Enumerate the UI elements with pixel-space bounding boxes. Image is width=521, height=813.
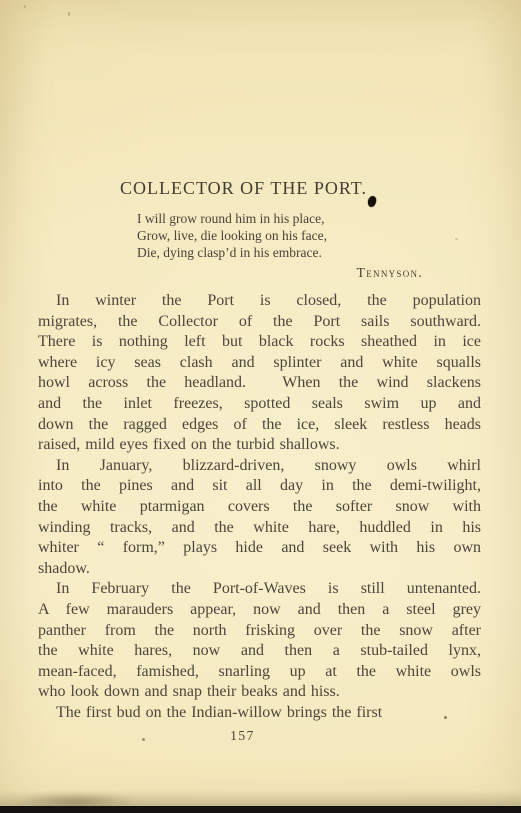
epigraph-line: Die, dying clasp’d in his embrace. bbox=[137, 244, 423, 261]
text-line: raised, mild eyes fixed on the turbid sh… bbox=[38, 435, 481, 456]
chapter-title: COLLECTOR OF THE PORT. bbox=[22, 178, 465, 199]
text-line: In winter the Port is closed, the popula… bbox=[38, 291, 481, 312]
text-line: A few marauders appear, now and then a s… bbox=[38, 600, 481, 621]
paper-speck bbox=[142, 738, 145, 741]
ink-blot bbox=[367, 195, 377, 208]
text-line: mean-faced, famished, snarling up at the… bbox=[38, 662, 481, 683]
text-line: winding tracks, and the white hare, hudd… bbox=[38, 518, 481, 539]
paper-speck bbox=[444, 716, 447, 719]
text-line: panther from the north frisking over the… bbox=[38, 621, 481, 642]
paragraph: The first bud on the Indian-willow bring… bbox=[38, 703, 481, 724]
paper-speck bbox=[455, 238, 458, 240]
text-line: and the inlet freezes, spotted seals swi… bbox=[38, 394, 481, 415]
scan-shade bbox=[0, 790, 521, 806]
text-line: howl across the headland. When the wind … bbox=[38, 373, 481, 394]
paper-speck bbox=[24, 5, 26, 8]
paper-speck bbox=[68, 12, 70, 16]
text-line: In February the Port-of-Waves is still u… bbox=[38, 579, 481, 600]
epigraph: I will grow round him in his place, Grow… bbox=[137, 210, 423, 281]
epigraph-line: I will grow round him in his place, bbox=[137, 210, 423, 227]
text-line: The first bud on the Indian-willow bring… bbox=[38, 703, 481, 724]
text-line: whiter “ form,” plays hide and seek with… bbox=[38, 538, 481, 559]
book-page: COLLECTOR OF THE PORT. I will grow round… bbox=[0, 0, 521, 813]
paragraph: In February the Port-of-Waves is still u… bbox=[38, 579, 481, 703]
text-line: down the ragged edges of the ice, sleek … bbox=[38, 415, 481, 436]
text-line: shadow. bbox=[38, 559, 481, 580]
text-line: into the pines and sit all day in the de… bbox=[38, 476, 481, 497]
text-line: There is nothing left but black rocks sh… bbox=[38, 332, 481, 353]
scan-edge-bar bbox=[0, 806, 521, 813]
text-line: who look down and snap their beaks and h… bbox=[38, 682, 481, 703]
paragraph: In January, blizzard-driven, snowy owls … bbox=[38, 456, 481, 580]
text-line: In January, blizzard-driven, snowy owls … bbox=[38, 456, 481, 477]
text-line: where icy seas clash and splinter and wh… bbox=[38, 353, 481, 374]
paragraph: In winter the Port is closed, the popula… bbox=[38, 291, 481, 456]
body-text: In winter the Port is closed, the popula… bbox=[38, 291, 481, 723]
epigraph-attribution: Tennyson. bbox=[137, 264, 423, 281]
page-number: 157 bbox=[21, 728, 464, 744]
text-line: migrates, the Collector of the Port sail… bbox=[38, 312, 481, 333]
text-line: the white ptarmigan covers the softer sn… bbox=[38, 497, 481, 518]
epigraph-line: Grow, live, die looking on his face, bbox=[137, 227, 423, 244]
text-line: the white hares, now and then a stub-tai… bbox=[38, 641, 481, 662]
